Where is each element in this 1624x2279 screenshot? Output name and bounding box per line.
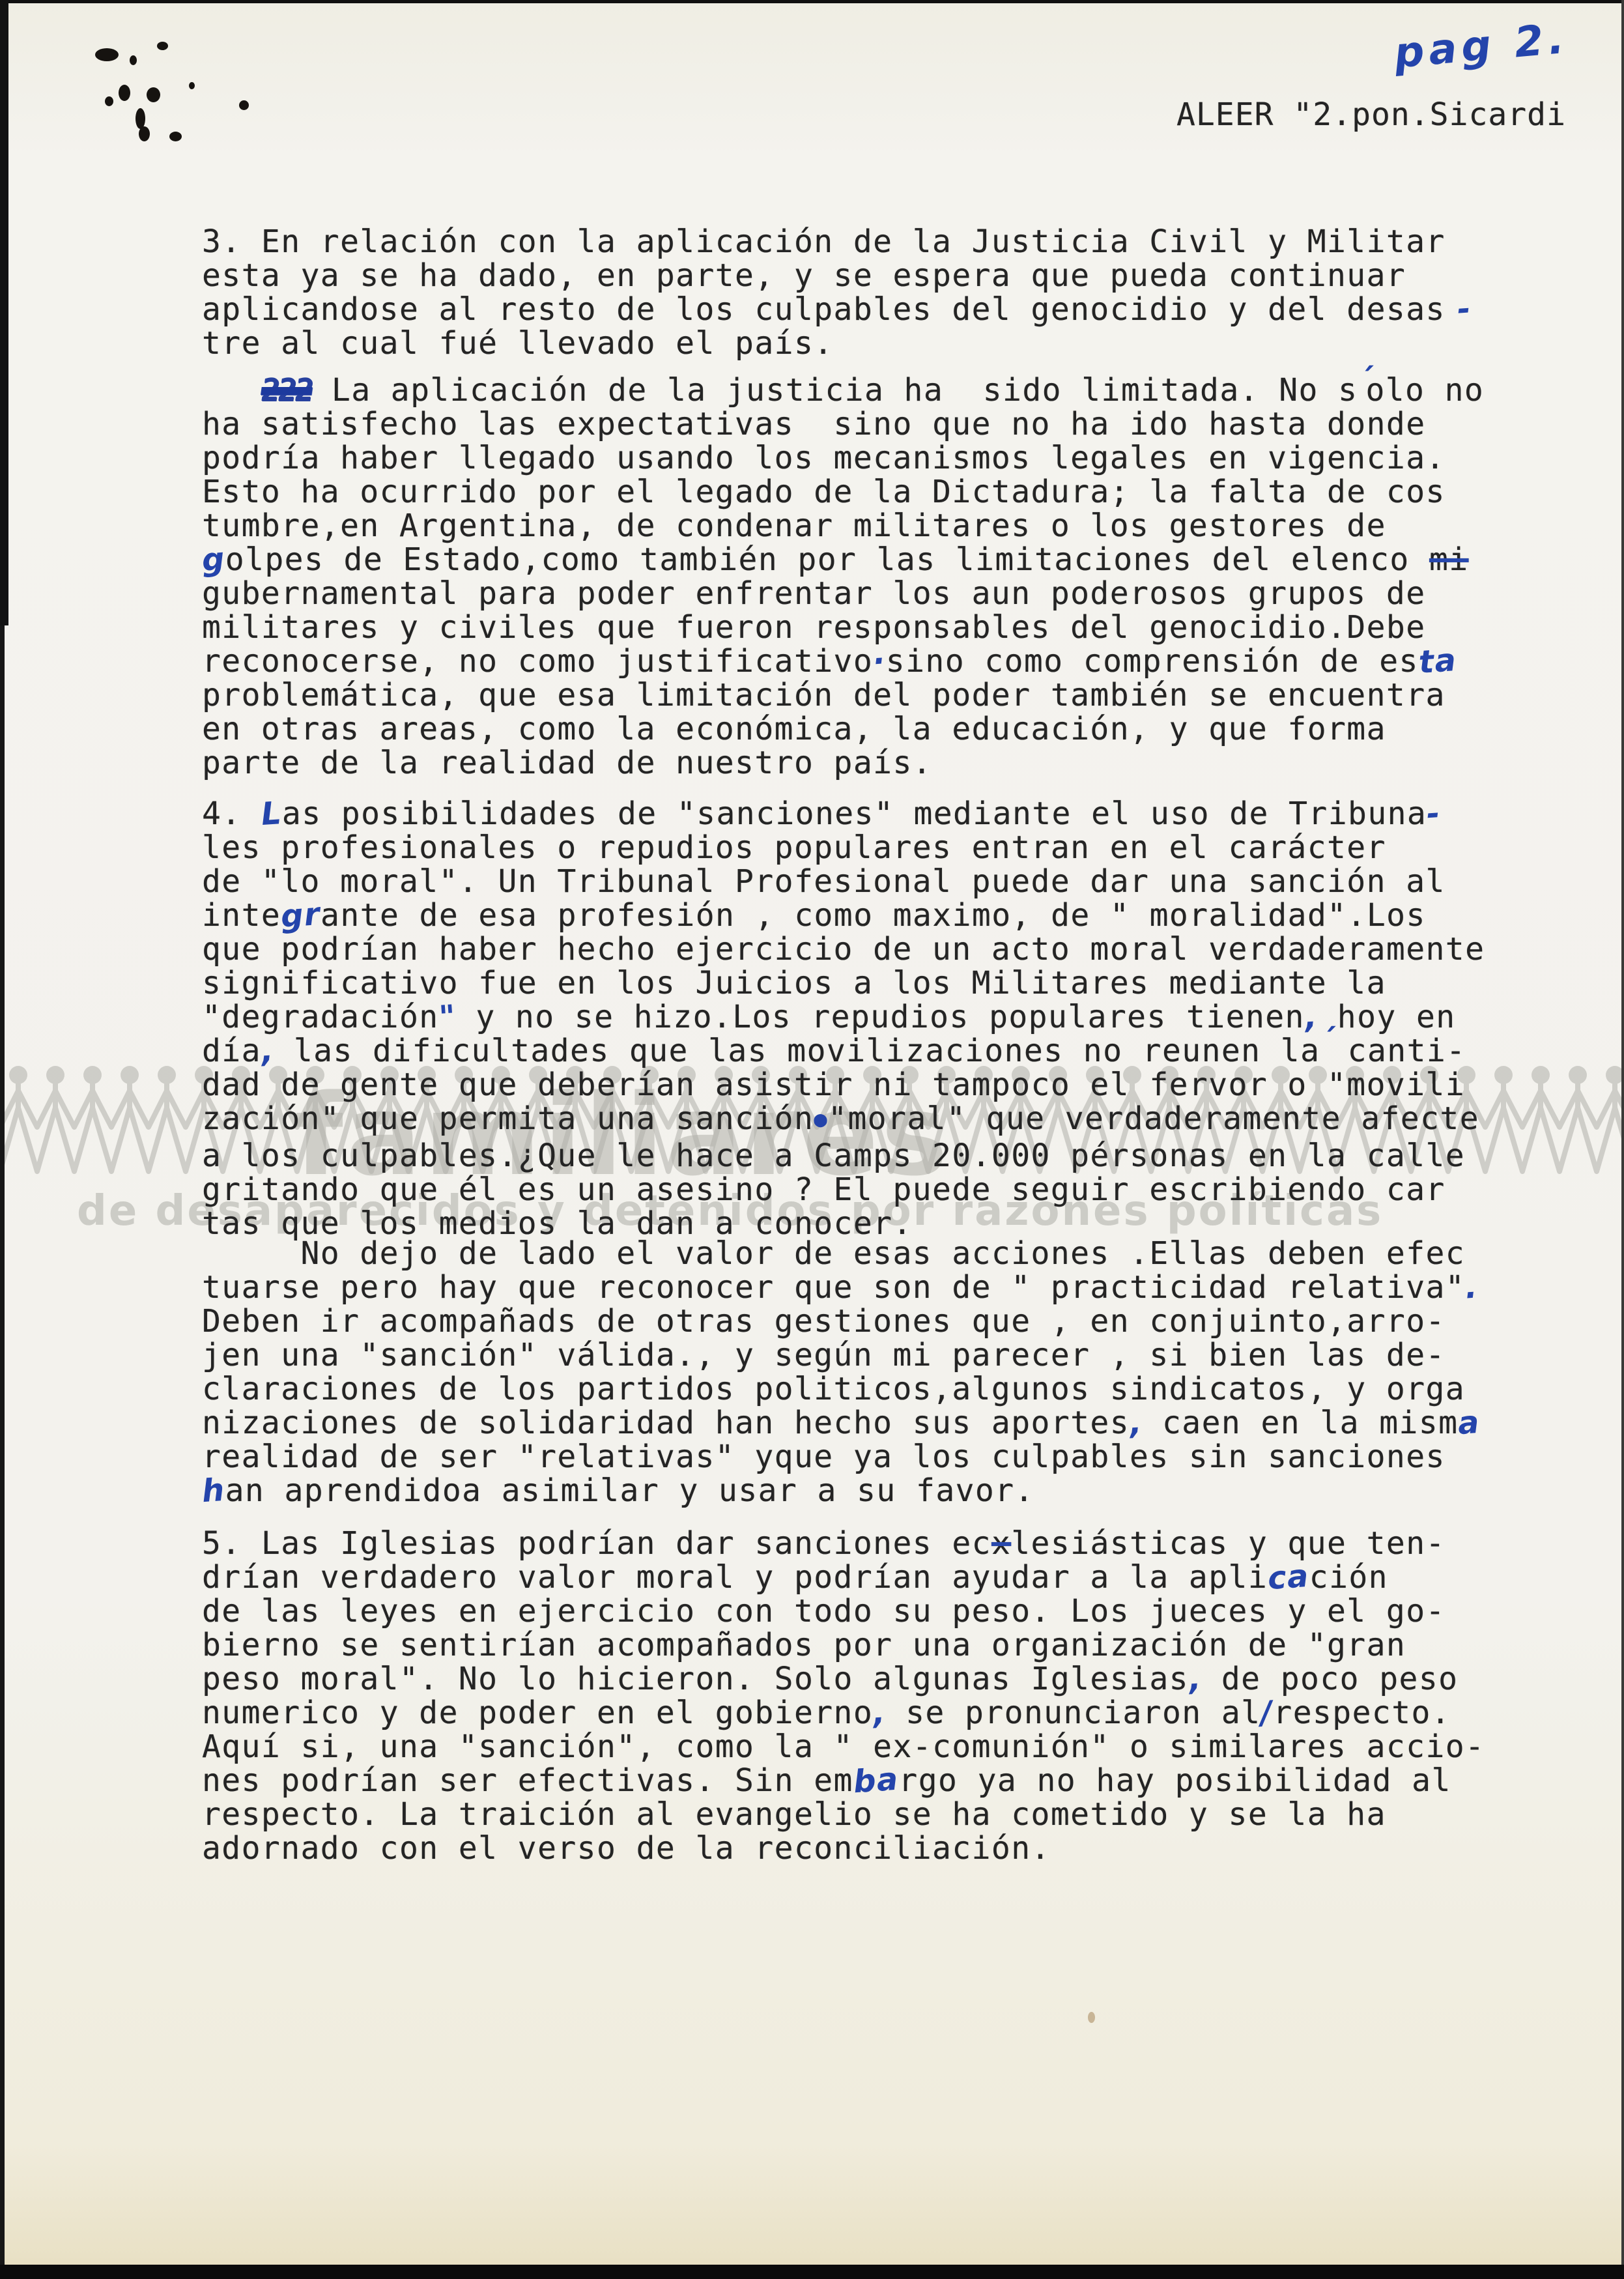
typed-text: ha satisfecho las expectativas sino que … — [202, 406, 1426, 442]
ink-blot — [139, 126, 150, 141]
blue-ink-annotation: ba — [852, 1762, 900, 1799]
typed-line: integrante de esa profesión , como maxim… — [202, 898, 1485, 932]
typed-line: drían verdadero valor moral y podrían ay… — [202, 1560, 1485, 1594]
typed-text: significativo fue en los Juicios a los M… — [202, 965, 1386, 1001]
typed-text: respecto. La traición al evangelio se ha… — [202, 1796, 1386, 1833]
typed-text: tumbre,en Argentina, de condenar militar… — [202, 508, 1386, 544]
typed-text: No dejo de lado el valor de esas accione… — [202, 1235, 1465, 1272]
blue-accent-mark: ´ — [1320, 1024, 1328, 1057]
typed-text: rgo ya no hay posibilidad al — [898, 1762, 1451, 1799]
blue-accent-mark: ´ — [1358, 363, 1365, 397]
typed-line: significativo fue en los Juicios a los M… — [202, 966, 1485, 1000]
typed-text: 3. En relación con la aplicación de la J… — [202, 223, 1446, 260]
blue-ink-dot: ● — [814, 1102, 828, 1136]
blue-ink-annotation: · — [872, 644, 887, 678]
typed-text: las dificultades que las movilizaciones … — [274, 1033, 1320, 1069]
typed-text: gubernamental para poder enfrentar los a… — [202, 575, 1426, 612]
typed-line: respecto. La traición al evangelio se ha… — [202, 1798, 1485, 1831]
blue-ink-annotation: " — [438, 999, 457, 1035]
ink-blot — [189, 82, 195, 89]
typed-line: No dejo de lado el valor de esas accione… — [202, 1237, 1480, 1270]
typed-text: an aprendidoa asimilar y usar a su favor… — [225, 1472, 1034, 1509]
typed-text: Esto ha ocurrido por el legado de la Dic… — [202, 474, 1446, 510]
typed-text: as posibilidades de "sanciones" mediante… — [282, 795, 1427, 832]
typed-text: adornado con el verso de la reconciliaci… — [202, 1830, 1051, 1867]
ink-blot — [119, 85, 130, 101]
typed-line: 5. Las Iglesias podrían dar sanciones ec… — [202, 1526, 1485, 1560]
paragraph: 222 La aplicación de la justicia ha sido… — [202, 373, 1484, 780]
typed-line: claraciones de los partidos politicos,al… — [202, 1372, 1480, 1406]
typed-line: 3. En relación con la aplicación de la J… — [202, 225, 1471, 259]
typed-line: nes podrían ser efectivas. Sin embargo y… — [202, 1764, 1485, 1798]
typed-text: zación" que permita una sanción — [202, 1100, 814, 1137]
typed-text: podría haber llegado usando los mecanism… — [202, 440, 1446, 476]
typed-line: adornado con el verso de la reconciliaci… — [202, 1831, 1485, 1865]
typed-text — [202, 372, 261, 408]
typed-line: tuarse pero hay que reconocer que son de… — [202, 1270, 1480, 1304]
ink-blot — [105, 96, 113, 106]
typed-text: numerico y de poder en el gobierno — [202, 1695, 873, 1731]
typed-text: a los culpables.¿Que le hace a Camps 20.… — [202, 1138, 1465, 1174]
typed-text: 4. — [202, 795, 261, 832]
typed-text: se pronunciaron al — [886, 1695, 1261, 1731]
typed-text: en otras areas, como la económica, la ed… — [202, 711, 1386, 747]
typed-text: aplicandose al resto de los culpables de… — [202, 291, 1446, 328]
typed-line: tre al cual fué llevado el país. — [202, 326, 1471, 360]
blue-ink-annotation: g — [201, 542, 226, 577]
typed-line: a los culpables.¿Que le hace a Camps 20.… — [202, 1139, 1485, 1173]
typed-line: les profesionales o repudios populares e… — [202, 831, 1485, 865]
typed-line: han aprendidoa asimilar y usar a su favo… — [202, 1474, 1480, 1508]
typed-body: 3. En relación con la aplicación de la J… — [0, 0, 1624, 2279]
typed-line: zación" que permita una sanción●"moral" … — [202, 1102, 1485, 1139]
blue-scribbled-text: 222 — [259, 373, 314, 407]
typed-text: "degradación — [202, 999, 439, 1035]
typed-line: Esto ha ocurrido por el legado de la Dic… — [202, 475, 1484, 509]
ink-blot — [1088, 2012, 1095, 2023]
typed-line: parte de la realidad de nuestro país. — [202, 746, 1484, 780]
blue-ink-annotation: , — [260, 1033, 275, 1068]
typed-text: nes podrían ser efectivas. Sin em — [202, 1762, 853, 1799]
blue-struck-text: x — [991, 1525, 1011, 1562]
typed-text: gritando que él es un asesino ? El puede… — [202, 1171, 1446, 1208]
typed-line: podría haber llegado usando los mecanism… — [202, 441, 1484, 475]
ink-blot — [157, 42, 168, 50]
paragraph: 3. En relación con la aplicación de la J… — [202, 225, 1471, 360]
blue-ink-annotation: gr — [279, 897, 321, 934]
blue-ink-annotation: ca — [1266, 1559, 1310, 1596]
typed-text: caen en la mism — [1143, 1405, 1459, 1441]
typed-line: en otras areas, como la económica, la ed… — [202, 712, 1484, 746]
typed-text: bierno se sentirían acompañados por una … — [202, 1627, 1406, 1663]
blue-ink-annotation: - — [1425, 796, 1442, 831]
typed-text: les profesionales o repudios populares e… — [202, 829, 1386, 866]
typed-line: que podrían haber hecho ejercicio de un … — [202, 932, 1485, 966]
typed-line: 222 La aplicación de la justicia ha sido… — [202, 373, 1484, 407]
scan-edge-right — [1621, 0, 1624, 2279]
ink-blot — [169, 132, 182, 141]
typed-text: tre al cual fué llevado el país. — [202, 325, 834, 362]
typed-text: reconocerse, no como justificativo — [202, 643, 873, 680]
blue-ink-annotation: a — [1457, 1405, 1481, 1440]
typed-line: ha satisfecho las expectativas sino que … — [202, 407, 1484, 441]
typed-line: "degradación" y no se hizo.Los repudios … — [202, 1000, 1485, 1034]
typed-text: 5. Las Iglesias podrían dar sanciones ec — [202, 1525, 991, 1562]
typed-text: drían verdadero valor moral y podrían ay… — [202, 1559, 1268, 1596]
typed-line: bierno se sentirían acompañados por una … — [202, 1628, 1485, 1662]
typed-line: realidad de ser "relativas" yque ya los … — [202, 1440, 1480, 1474]
typed-text: canti- — [1328, 1033, 1466, 1069]
typed-line: día, las dificultades que las movilizaci… — [202, 1034, 1485, 1068]
typed-text: realidad de ser "relativas" yque ya los … — [202, 1439, 1446, 1475]
blue-ink-annotation: L — [260, 796, 283, 831]
typed-line: nizaciones de solidaridad han hecho sus … — [202, 1406, 1480, 1440]
typed-line: esta ya se ha dado, en parte, y se esper… — [202, 259, 1471, 293]
typed-line: gritando que él es un asesino ? El puede… — [202, 1173, 1485, 1207]
scan-edge-bottom — [0, 2265, 1624, 2279]
ink-blot — [147, 87, 160, 102]
typed-line: peso moral". No lo hicieron. Solo alguna… — [202, 1662, 1485, 1696]
typed-line: militares y civiles que fueron responsab… — [202, 610, 1484, 644]
typed-line: tumbre,en Argentina, de condenar militar… — [202, 509, 1484, 543]
paragraph: 5. Las Iglesias podrían dar sanciones ec… — [202, 1526, 1485, 1865]
paragraph: 4. Las posibilidades de "sanciones" medi… — [202, 797, 1485, 1240]
scanned-document-page: familiares de desaparecidos y detenidos … — [0, 0, 1624, 2279]
typed-text: de las leyes en ejercicio con todo su pe… — [202, 1593, 1446, 1629]
typed-line: de las leyes en ejercicio con todo su pe… — [202, 1594, 1485, 1628]
typed-line: 4. Las posibilidades de "sanciones" medi… — [202, 797, 1485, 831]
typed-text: parte de la realidad de nuestro país. — [202, 745, 932, 781]
typed-text: militares y civiles que fueron responsab… — [202, 609, 1426, 646]
typed-text: jen una "sanción" válida., y según mi pa… — [202, 1337, 1446, 1373]
ink-blot — [130, 55, 137, 65]
typed-text: que podrían haber hecho ejercicio de un … — [202, 931, 1485, 967]
typed-line: jen una "sanción" válida., y según mi pa… — [202, 1338, 1480, 1372]
typed-line: gubernamental para poder enfrentar los a… — [202, 577, 1484, 610]
blue-ink-annotation: / — [1260, 1695, 1275, 1730]
typed-line: problemática, que esa limitación del pod… — [202, 678, 1484, 712]
typed-text: La aplicación de la justicia ha sido lim… — [312, 372, 1358, 408]
typed-text: dad de gente que deberían asistir ni tam… — [202, 1067, 1465, 1103]
blue-ink-annotation: - — [1444, 292, 1472, 328]
typed-text: "moral" que verdaderamente afecte — [828, 1100, 1479, 1137]
typed-text: respecto. — [1273, 1695, 1451, 1731]
typed-text: problemática, que esa limitación del pod… — [202, 677, 1446, 713]
typed-line: reconocerse, no como justificativo·sino … — [202, 644, 1484, 678]
typed-line: golpes de Estado,como también por las li… — [202, 543, 1484, 577]
typed-text: inte — [202, 897, 281, 934]
typed-text: esta ya se ha dado, en parte, y se esper… — [202, 257, 1406, 294]
typed-text: Aquí si, una "sanción", como la " ex-com… — [202, 1728, 1485, 1765]
blue-ink-annotation: h — [201, 1473, 226, 1508]
typed-text: peso moral". No lo hicieron. Solo alguna… — [202, 1661, 1189, 1697]
typed-text: olpes de Estado,como también por las lim… — [225, 541, 1429, 578]
typed-line: numerico y de poder en el gobierno, se p… — [202, 1696, 1485, 1730]
typed-text: lesiásticas y que ten- — [1011, 1525, 1446, 1562]
typed-text: de poco peso — [1202, 1661, 1459, 1697]
typed-line: dad de gente que deberían asistir ni tam… — [202, 1068, 1485, 1102]
blue-ink-annotation: , — [872, 1695, 887, 1730]
typed-text: claraciones de los partidos politicos,al… — [202, 1371, 1465, 1407]
typed-line: Deben ir acompañads de otras gestiones q… — [202, 1304, 1480, 1338]
blue-ink-annotation: , — [1128, 1405, 1143, 1440]
typed-line: Aquí si, una "sanción", como la " ex-com… — [202, 1730, 1485, 1764]
blue-ink-annotation: ta — [1417, 643, 1458, 680]
typed-line: aplicandose al resto de los culpables de… — [202, 293, 1471, 326]
typed-text: ante de esa profesión , como maximo, de … — [321, 897, 1426, 934]
paragraph: No dejo de lado el valor de esas accione… — [202, 1237, 1480, 1508]
typed-text: nizaciones de solidaridad han hecho sus … — [202, 1405, 1130, 1441]
blue-struck-text: mi — [1429, 541, 1469, 578]
blue-ink-annotation: , — [1303, 999, 1318, 1034]
typed-line: de "lo moral". Un Tribunal Profesional p… — [202, 865, 1485, 898]
typed-text: de "lo moral". Un Tribunal Profesional p… — [202, 863, 1446, 900]
typed-text: día — [202, 1033, 261, 1069]
typed-text: sino como comprensión de es — [886, 643, 1419, 680]
ink-blot — [239, 100, 249, 110]
blue-ink-annotation: . — [1464, 1270, 1479, 1304]
typed-text: Deben ir acompañads de otras gestiones q… — [202, 1303, 1446, 1340]
typed-text: olo no — [1365, 372, 1484, 408]
typed-text: ción — [1309, 1559, 1388, 1596]
ink-blot — [95, 48, 119, 61]
scan-edge-left-upper — [0, 0, 8, 625]
scan-edge-top — [0, 0, 1624, 3]
blue-ink-annotation: , — [1188, 1661, 1203, 1696]
typed-text: y no se hizo.Los repudios populares tien… — [456, 999, 1305, 1035]
typed-text: tuarse pero hay que reconocer que son de… — [202, 1269, 1465, 1306]
